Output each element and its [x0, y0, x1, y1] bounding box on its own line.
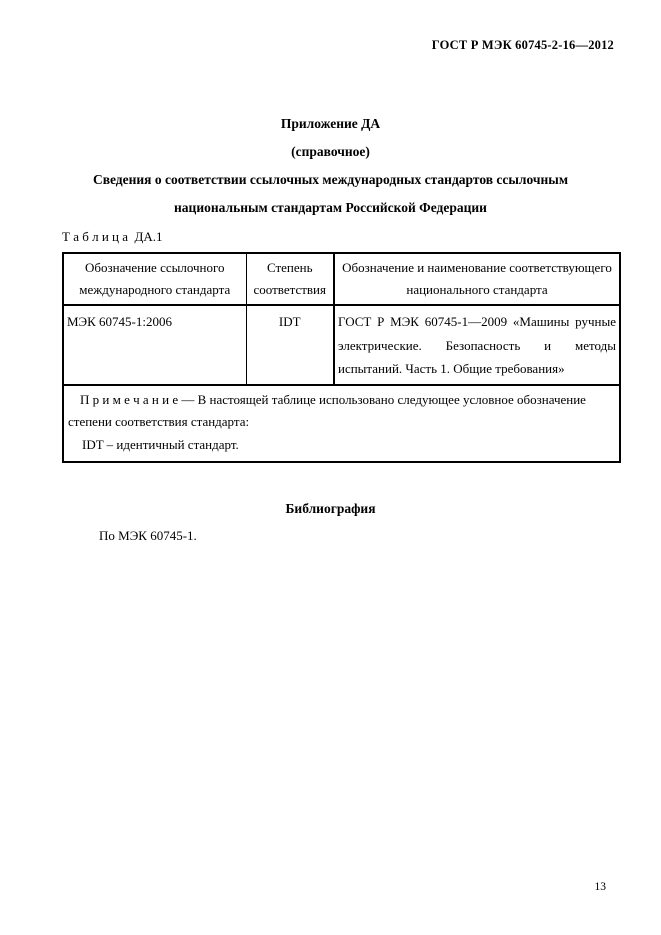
appendix-title-block: Приложение ДА (справочное) Сведения о со… — [0, 110, 661, 222]
table-note-item: IDT – идентичный стандарт. — [68, 434, 615, 457]
table-note-text: П р и м е ч а н и е — В настоящей таблиц… — [68, 389, 615, 434]
appendix-title: Приложение ДА — [0, 110, 661, 138]
correspondence-table: Обозначение ссылочного международного ст… — [62, 252, 621, 463]
table-note-row: П р и м е ч а н и е — В настоящей таблиц… — [63, 385, 620, 462]
column-header-reference-standard: Обозначение ссылочного международного ст… — [63, 253, 246, 305]
column-header-degree: Степень соответствия — [246, 253, 334, 305]
document-page: ГОСТ Р МЭК 60745-2-16—2012 Приложение ДА… — [0, 0, 661, 935]
bibliography-text: По МЭК 60745-1. — [99, 528, 197, 544]
cell-degree: IDT — [246, 305, 334, 385]
appendix-heading-line2: национальным стандартам Российской Федер… — [0, 194, 661, 222]
column-header-national-standard: Обозначение и наименование соответствующ… — [334, 253, 620, 305]
appendix-heading-line1: Сведения о соответствии ссылочных междун… — [0, 166, 661, 194]
page-number: 13 — [595, 881, 607, 893]
cell-national-standard: ГОСТ Р МЭК 60745-1—2009 «Машины ручные э… — [334, 305, 620, 385]
table-header-row: Обозначение ссылочного международного ст… — [63, 253, 620, 305]
table-row: МЭК 60745-1:2006 IDT ГОСТ Р МЭК 60745-1—… — [63, 305, 620, 385]
table-note-cell: П р и м е ч а н и е — В настоящей таблиц… — [63, 385, 620, 462]
cell-reference-standard: МЭК 60745-1:2006 — [63, 305, 246, 385]
appendix-subtitle: (справочное) — [0, 138, 661, 166]
table-caption: Т а б л и ц а ДА.1 — [62, 229, 163, 245]
bibliography-heading: Библиография — [0, 501, 661, 517]
running-header-standard-designation: ГОСТ Р МЭК 60745-2-16—2012 — [432, 38, 614, 53]
